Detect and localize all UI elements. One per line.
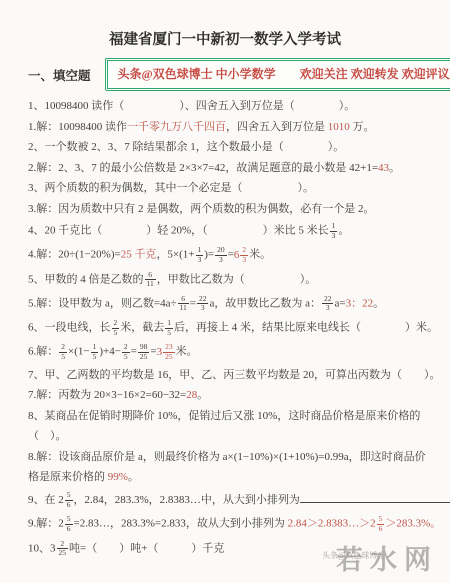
exam-line: 7、甲、乙两数的平均数是 16，甲、乙、丙三数平均数是 20，可算出丙数为（ ）… bbox=[28, 368, 442, 383]
question-text: 9.解：2 bbox=[28, 518, 64, 530]
answer-text: ＞283.3%。 bbox=[385, 518, 441, 530]
question-text: （ ）。 bbox=[28, 430, 67, 442]
question-text: 万。 bbox=[350, 121, 375, 133]
exam-line: 2、一个数被 2、3、7 除结果都余 1，这个数最小是（ ）。 bbox=[28, 140, 442, 155]
fraction: 15 bbox=[90, 343, 100, 361]
fraction: 225 bbox=[56, 540, 70, 558]
question-text: 8.解：设该商品原价是 a，则最终价格为 a×(1−10%)×(1+10%)=0… bbox=[28, 451, 426, 463]
question-text: a，故甲数比乙数为 a： bbox=[209, 298, 321, 310]
question-text: 。 bbox=[389, 162, 400, 174]
exam-line: 3、两个质数的积为偶数，其中一个必定是（ ）。 bbox=[28, 181, 442, 196]
exam-line: （ ）。 bbox=[28, 429, 442, 444]
exam-line: 2.解：2、3、7 的最小公倍数是 2×3×7=42，故满足题意的最小数是 42… bbox=[28, 161, 442, 176]
section-label: 一、填空题 bbox=[28, 66, 91, 84]
question-text: 1、10098400 读作（ ）、四舍五入到万位是（ ）。 bbox=[28, 100, 355, 112]
watermark: 头条@双色球博士 若水网 bbox=[336, 538, 438, 577]
answer-text: 28 bbox=[186, 389, 197, 401]
exam-line: 5、甲数的 4 倍是乙数的611，甲数比乙数为（ ）。 bbox=[28, 271, 442, 289]
fraction: 56 bbox=[64, 515, 74, 533]
answer-text: 99% bbox=[108, 471, 128, 483]
fraction: 611 bbox=[144, 271, 157, 289]
question-text: 2、一个数被 2、3、7 除结果都余 1，这个数最小是（ ）。 bbox=[28, 141, 344, 153]
exam-line: 1.解：10098400 读作一千零九万八千四百，四舍五入到万位是 1010 万… bbox=[28, 120, 442, 135]
question-text: 5、甲数的 4 倍是乙数的 bbox=[28, 273, 144, 285]
question-text: 7、甲、乙两数的平均数是 16，甲、乙、丙三数平均数是 20，可算出丙数为（ ）… bbox=[28, 369, 441, 381]
exam-line: 3.解：因为质数中只有 2 是偶数，两个质数的积为偶数，必有一个是 2。 bbox=[28, 202, 442, 217]
promo-banner: 头条@双色球博士 中小学数学 欢迎关注 欢迎转发 欢迎评议 bbox=[105, 58, 450, 91]
question-text: 。 bbox=[338, 225, 349, 237]
exam-line: 6、一段电线，长25米，截去15后，再接上 4 米，结果比原来电线长（ ）米。 bbox=[28, 319, 442, 337]
question-text: )+4− bbox=[99, 346, 121, 358]
answer-text: 1010 bbox=[328, 121, 350, 133]
question-text: 后，再接上 4 米，结果比原来电线长（ ）米。 bbox=[174, 322, 438, 334]
question-text: 3、两个质数的积为偶数，其中一个必定是（ ）。 bbox=[28, 182, 314, 194]
section-header: 一、填空题 头条@双色球博士 中小学数学 欢迎关注 欢迎转发 欢迎评议 bbox=[28, 58, 438, 91]
question-text: 8、某商品在促销时期降价 10%，促销过后又涨 10%，这时商品价格是原来价格的 bbox=[28, 410, 420, 422]
question-text: ，四舍五入到万位是 bbox=[226, 121, 328, 133]
question-text: 1.解：10098400 读作 bbox=[28, 121, 127, 133]
question-text: 米，截去 bbox=[120, 322, 164, 334]
fraction: 25 bbox=[111, 319, 121, 337]
fraction: 56 bbox=[376, 515, 386, 533]
fraction: 15 bbox=[164, 319, 174, 337]
answer-text: 2.84＞2.8383…＞2 bbox=[288, 518, 376, 530]
fraction: 25 bbox=[121, 343, 131, 361]
exam-line: 9、在 256，2.84，283.3%，2.8383…中，从大到小排列为。 bbox=[28, 491, 442, 510]
question-text: ，甲数比乙数为（ ）。 bbox=[157, 273, 317, 285]
question-text: 7.解：丙数为 20×3−16×2=60−32= bbox=[28, 389, 186, 401]
fraction: 223 bbox=[321, 295, 335, 313]
fraction: 13 bbox=[195, 246, 205, 264]
fraction: 611 bbox=[177, 295, 190, 313]
question-text: )= bbox=[204, 249, 214, 261]
exam-line: 1、10098400 读作（ ）、四舍五入到万位是（ ）。 bbox=[28, 99, 442, 114]
exam-line: 4、20 千克比（ ）轻 20%，（ ）米比 5 米长13。 bbox=[28, 222, 442, 240]
watermark-large-text: 若水网 bbox=[336, 545, 438, 575]
exam-line: 6.解：25×(1−15)+4−25=9825=32325米。 bbox=[28, 343, 442, 361]
question-text: 6.解： bbox=[28, 346, 58, 358]
answer-text: 3：22 bbox=[346, 298, 374, 310]
question-text: 格是原来价格的 bbox=[28, 471, 108, 483]
question-text: 米。 bbox=[176, 346, 198, 358]
question-text: 4.解：20÷(1−20%)= bbox=[28, 249, 121, 261]
question-text: a= bbox=[334, 298, 345, 310]
exam-line: 8.解：设该商品原价是 a，则最终价格为 a×(1−10%)×(1+10%)=0… bbox=[28, 450, 442, 465]
question-text: ，2.84，283.3%，2.8383…中，从大到小排列为 bbox=[74, 494, 300, 506]
fraction: 25 bbox=[58, 343, 68, 361]
question-text: 米。 bbox=[249, 249, 271, 261]
answer-text: 一千零九万八千四百 bbox=[127, 121, 226, 133]
promo-banner-text: 头条@双色球博士 中小学数学 欢迎关注 欢迎转发 欢迎评议 bbox=[118, 67, 450, 81]
answer-text: 25 千克 bbox=[121, 249, 157, 261]
fraction: 223 bbox=[196, 295, 210, 313]
question-text: ×(1− bbox=[68, 346, 90, 358]
question-text: 吨=（ ）吨+（ ）千克 bbox=[69, 542, 224, 554]
fraction: 56 bbox=[64, 491, 74, 509]
fraction: 9825 bbox=[137, 343, 151, 361]
answer-text: 43 bbox=[378, 162, 389, 174]
exam-lines: 1、10098400 读作（ ）、四舍五入到万位是（ ）。1.解：1009840… bbox=[28, 99, 442, 558]
question-text: 9、在 2 bbox=[28, 494, 64, 506]
question-text: 2.解：2、3、7 的最小公倍数是 2×3×7=42，故满足题意的最小数是 42… bbox=[28, 162, 378, 174]
question-text: ，5×(1+ bbox=[156, 249, 194, 261]
question-text: 。 bbox=[128, 471, 139, 483]
page-title: 福建省厦门一中新初一数学入学考试 bbox=[28, 28, 422, 49]
exam-line: 8、某商品在促销时期降价 10%，促销过后又涨 10%，这时商品价格是原来价格的 bbox=[28, 409, 442, 424]
fraction: 32325 bbox=[157, 343, 176, 361]
question-text: 10、3 bbox=[28, 542, 56, 554]
exam-page: 福建省厦门一中新初一数学入学考试 一、填空题 头条@双色球博士 中小学数学 欢迎… bbox=[0, 0, 450, 583]
exam-line: 7.解：丙数为 20×3−16×2=60−32=28。 bbox=[28, 388, 442, 403]
exam-line: 4.解：20÷(1−20%)=25 千克，5×(1+13)=203=623米。 bbox=[28, 246, 442, 264]
answer-blank-line bbox=[300, 491, 450, 503]
fraction: 13 bbox=[329, 222, 339, 240]
exam-line: 5.解：设甲数为 a，则乙数=4a÷611=223a，故甲数比乙数为 a：223… bbox=[28, 295, 442, 313]
question-text: 5.解：设甲数为 a，则乙数=4a÷ bbox=[28, 298, 177, 310]
question-text: 6、一段电线，长 bbox=[28, 322, 111, 334]
question-text: 4、20 千克比（ ）轻 20%，（ ）米比 5 米长 bbox=[28, 225, 329, 237]
exam-line: 格是原来价格的 99%。 bbox=[28, 470, 442, 485]
fraction: 203 bbox=[214, 246, 228, 264]
question-text: 3.解：因为质数中只有 2 是偶数，两个质数的积为偶数，必有一个是 2。 bbox=[28, 203, 375, 215]
fraction: 623 bbox=[234, 246, 249, 264]
question-text: =2.83…，283.3%=2.833，故从大到小排列为 bbox=[74, 518, 288, 530]
question-text: 。 bbox=[197, 389, 208, 401]
question-text: 。 bbox=[373, 298, 384, 310]
exam-line: 9.解：256=2.83…，283.3%=2.833，故从大到小排列为 2.84… bbox=[28, 515, 442, 533]
